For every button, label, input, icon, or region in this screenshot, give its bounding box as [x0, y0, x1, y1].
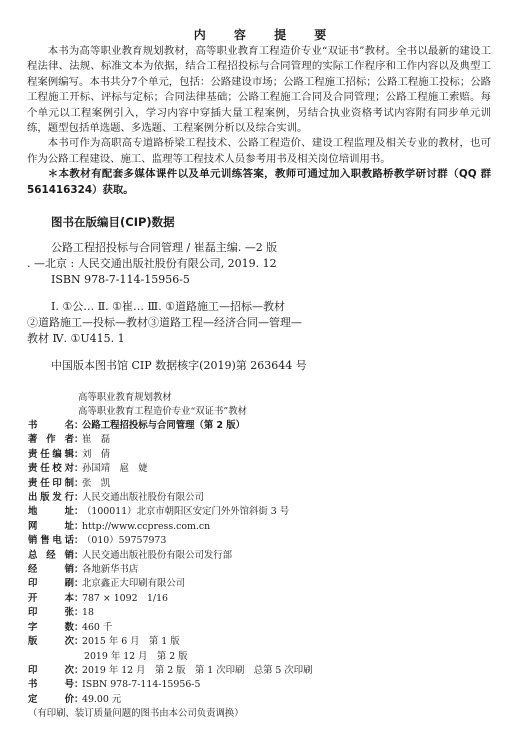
- colophon-row: 网址：http://www.ccpress.com.cn: [28, 520, 313, 534]
- colophon-label: 责任编辑: [28, 448, 74, 462]
- colophon-row: 经销：各地新华书店: [28, 563, 313, 577]
- label-char: 地: [28, 505, 37, 519]
- label-char: 印: [28, 664, 37, 678]
- label-char: 址: [65, 520, 74, 534]
- colophon-row: 出版发行：人民交通出版社股份有限公司: [28, 491, 313, 505]
- cip-line: . —北京 : 人民交通出版社股份有限公司, 2019. 12: [27, 256, 347, 272]
- colophon-label: 开本: [28, 592, 74, 606]
- cip-data: 公路工程招投标与合同管理 / 崔磊主编. —2 版 . —北京 : 人民交通出版…: [27, 240, 347, 347]
- colophon-value: 18: [80, 606, 94, 620]
- colophon-value: 北京鑫正大印刷有限公司: [80, 577, 185, 591]
- colophon: 书名：公路工程招投标与合同管理（第 2 版）著作者：崔 磊责任编辑：刘 倩责任校…: [28, 419, 313, 722]
- label-char: 张: [65, 606, 74, 620]
- label-char: 印: [52, 477, 61, 491]
- colophon-value: 人民交通出版社股份有限公司发行部: [80, 549, 232, 563]
- colophon-value: 公路工程招投标与合同管理（第 2 版）: [80, 419, 245, 433]
- colophon-value: 各地新华书店: [80, 563, 138, 577]
- label-char: 书: [28, 678, 37, 692]
- colophon-label: 网址: [28, 520, 74, 534]
- colophon-row: 销售电话：（010）59757973: [28, 534, 313, 548]
- colophon-row: 字数：460 千: [28, 621, 313, 635]
- colophon-label: 责任校对: [28, 462, 74, 476]
- colophon-value: 孙国靖 扈 婕: [80, 462, 148, 476]
- label-char: 作: [46, 433, 55, 447]
- label-char: 名: [65, 419, 74, 433]
- label-char: 经: [46, 549, 55, 563]
- label-char: 制: [65, 477, 74, 491]
- colophon-label: 印次: [28, 664, 74, 678]
- colophon-value: 刘 倩: [80, 448, 110, 462]
- label-char: 对: [65, 462, 74, 476]
- label-char: 者: [65, 433, 74, 447]
- colophon-label: 定价: [28, 693, 74, 707]
- label-char: 印: [28, 577, 37, 591]
- colophon-value: 人民交通出版社股份有限公司: [80, 491, 204, 505]
- label-char: 书: [28, 419, 37, 433]
- summary-section: 本书为高等职业教育规划教材，高等职业教育工程造价专业“双证书”教材。全书以最新的…: [27, 44, 491, 198]
- colophon-value: ISBN 978-7-114-15956-5: [80, 678, 200, 692]
- label-char: 印: [28, 606, 37, 620]
- label-char: 次: [65, 635, 74, 649]
- label-char: 定: [28, 693, 37, 707]
- colophon-value: （010）59757973: [80, 534, 166, 548]
- colophon-label: 出版发行: [28, 491, 74, 505]
- cip-line: ②道路施工—投标—教材③道路工程—经济合同—管理—: [27, 315, 347, 331]
- colophon-label: 销售电话: [28, 534, 74, 548]
- label-char: 字: [28, 621, 37, 635]
- label-char: 校: [52, 462, 61, 476]
- cip-line: Ⅰ. ①公… Ⅱ. ①崔… Ⅲ. ①道路施工—招标—教材: [27, 299, 347, 315]
- label-char: 本: [65, 592, 74, 606]
- label-char: 价: [65, 693, 74, 707]
- label-char: 行: [65, 491, 74, 505]
- label-char: 售: [40, 534, 49, 548]
- label-char: 总: [28, 549, 37, 563]
- colophon-value: http://www.ccpress.com.cn: [80, 520, 210, 534]
- label-char: 经: [28, 563, 37, 577]
- label-char: 号: [65, 678, 74, 692]
- summary-paragraph: 本书为高等职业教育规划教材，高等职业教育工程造价专业“双证书”教材。全书以最新的…: [27, 44, 491, 136]
- cip-record-number: 中国版本图书馆 CIP 数据核字(2019)第 263644 号: [51, 357, 307, 373]
- label-char: 次: [65, 664, 74, 678]
- colophon-row: 总经销：人民交通出版社股份有限公司发行部: [28, 549, 313, 563]
- series-titles: 高等职业教育规划教材 高等职业教育工程造价专业“双证书”教材: [78, 391, 247, 419]
- colophon-row: 著作者：崔 磊: [28, 433, 313, 447]
- colophon-label: 著作者: [28, 433, 74, 447]
- colophon-row: 印刷：北京鑫正大印刷有限公司: [28, 577, 313, 591]
- colophon-label: 书名: [28, 419, 74, 433]
- colophon-value: 2019 年 12 月 第 2 版 第 1 次印刷 总第 5 次印刷: [80, 664, 313, 678]
- label-char: 辑: [65, 448, 74, 462]
- colophon-label: 印张: [28, 606, 74, 620]
- colophon-row: 印次：2019 年 12 月 第 2 版 第 1 次印刷 总第 5 次印刷: [28, 664, 313, 678]
- label-char: 销: [65, 549, 74, 563]
- colophon-row: 责任编辑：刘 倩: [28, 448, 313, 462]
- cip-heading: 图书在版编目(CIP)数据: [51, 214, 175, 230]
- colophon-row: 版次：2015 年 6 月 第 1 版: [28, 635, 313, 649]
- colophon-row: 书号：ISBN 978-7-114-15956-5: [28, 678, 313, 692]
- cip-line: ISBN 978-7-114-15956-5: [27, 272, 347, 288]
- colophon-value: （100011）北京市朝阳区安定门外外馆斜街 3 号: [80, 505, 289, 519]
- label-char: 址: [65, 505, 74, 519]
- colophon-label: 经销: [28, 563, 74, 577]
- colophon-row: 责任印制：张 凯: [28, 477, 313, 491]
- colophon-value: 2015 年 6 月 第 1 版: [80, 635, 180, 649]
- label-char: 责: [28, 448, 37, 462]
- label-char: 任: [40, 462, 49, 476]
- label-char: 话: [65, 534, 74, 548]
- label-char: 开: [28, 592, 37, 606]
- label-char: 电: [52, 534, 61, 548]
- colophon-row: 书名：公路工程招投标与合同管理（第 2 版）: [28, 419, 313, 433]
- colophon-label: 印刷: [28, 577, 74, 591]
- label-char: 销: [28, 534, 37, 548]
- colophon-label: 总经销: [28, 549, 74, 563]
- label-char: 任: [40, 477, 49, 491]
- colophon-value: 张 凯: [80, 477, 110, 491]
- colophon-value: 2019 年 12 月 第 2 版: [82, 650, 188, 664]
- label-char: 责: [28, 462, 37, 476]
- cip-line: 教材 Ⅳ. ①U415. 1: [27, 331, 347, 347]
- label-char: 著: [28, 433, 37, 447]
- summary-paragraph: 本书可作为高职高专道路桥梁工程技术、公路工程造价、建设工程监理及相关专业的教材，…: [27, 136, 491, 167]
- label-char: 销: [65, 563, 74, 577]
- colophon-label: 书号: [28, 678, 74, 692]
- label-char: 数: [65, 621, 74, 635]
- colophon-row: 责任校对：孙国靖 扈 婕: [28, 462, 313, 476]
- series-title: 高等职业教育工程造价专业“双证书”教材: [78, 405, 247, 419]
- colophon-row: 地址：（100011）北京市朝阳区安定门外外馆斜街 3 号: [28, 505, 313, 519]
- colophon-value: 787 × 1092 1/16: [80, 592, 168, 606]
- label-char: 网: [28, 520, 37, 534]
- colophon-label: 版次: [28, 635, 74, 649]
- label-char: 任: [40, 448, 49, 462]
- label-char: 版: [40, 491, 49, 505]
- colophon-row: 开本：787 × 1092 1/16: [28, 592, 313, 606]
- summary-title: 内 容 提 要: [0, 26, 520, 43]
- colophon-row: 2019 年 12 月 第 2 版: [28, 650, 313, 664]
- courseware-note: ＊本教材有配套多媒体课件以及单元训练答案，教师可通过加入职教路桥教学研讨群（QQ…: [27, 167, 491, 198]
- label-char: 出: [28, 491, 37, 505]
- label-char: 刷: [65, 577, 74, 591]
- label-char: 发: [52, 491, 61, 505]
- colophon-label: 字数: [28, 621, 74, 635]
- colophon-value: 49.00 元: [80, 693, 121, 707]
- label-char: 版: [28, 635, 37, 649]
- label-char: 责: [28, 477, 37, 491]
- colophon-value: 460 千: [80, 621, 112, 635]
- colophon-label: 地址: [28, 505, 74, 519]
- cip-line: 公路工程招投标与合同管理 / 崔磊主编. —2 版: [27, 240, 347, 256]
- colophon-label: 责任印制: [28, 477, 74, 491]
- quality-notice: （有印刷、装订质量问题的图书由本公司负责调换）: [28, 707, 313, 721]
- colophon-value: 崔 磊: [80, 433, 110, 447]
- colophon-row: 定价：49.00 元: [28, 693, 313, 707]
- label-char: 编: [52, 448, 61, 462]
- series-title: 高等职业教育规划教材: [78, 391, 247, 405]
- colophon-row: 印张：18: [28, 606, 313, 620]
